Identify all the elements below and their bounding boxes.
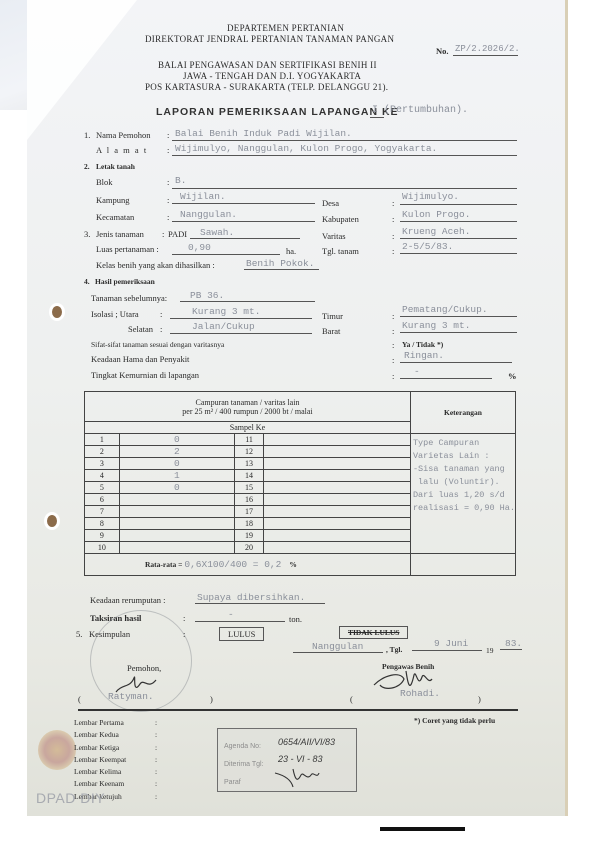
distribution-item: Lembar Keempat [74, 754, 126, 766]
plant-date-value: 2-5/5/83. [402, 241, 453, 252]
section-3-number: 3. [84, 229, 90, 239]
doc-number-label: No. [436, 46, 449, 56]
sample-number: 14 [235, 470, 264, 482]
sample-number: 9 [85, 530, 120, 542]
sample-number: 3 [85, 458, 120, 470]
kecamatan-line [172, 221, 315, 222]
ministry-name: DEPARTEMEN PERTANIAN [227, 23, 344, 33]
colon: : [392, 246, 394, 256]
average-unit: % [289, 560, 297, 569]
agenda-label: Agenda No: [224, 743, 261, 750]
sample-value [263, 530, 410, 542]
south-value: Jalan/Cukup [192, 321, 255, 332]
east-line [400, 316, 517, 317]
punch-hole-icon [52, 306, 62, 318]
sample-value: 2 [119, 446, 235, 458]
kabupaten-label: Kabupaten [322, 214, 359, 224]
address-label: A l a m a t [96, 145, 148, 155]
pest-label: Keadaan Hama dan Penyakit [91, 354, 189, 364]
year-value: 83. [505, 638, 522, 649]
section-4-number: 4. [84, 277, 90, 286]
kampung-label: Kampung [96, 195, 130, 205]
received-label: Diterima Tgl: [224, 761, 264, 768]
crop-prefix: PADI [168, 229, 187, 239]
footer-bar [380, 827, 465, 831]
sample-table: Campuran tanaman / varitas lain per 25 m… [84, 391, 516, 576]
sample-number: 17 [235, 506, 264, 518]
address-value: Wijimulyo, Nanggulan, Kulon Progo, Yogya… [175, 143, 437, 154]
paraf-label: Paraf [224, 779, 241, 786]
sample-number: 6 [85, 494, 120, 506]
sample-value [119, 530, 235, 542]
blok-label: Blok [96, 177, 113, 187]
applicant-value: Balai Benih Induk Padi Wijilan. [175, 128, 352, 139]
colon: : [392, 371, 394, 381]
crop-type-line [190, 238, 300, 239]
colon: : [162, 229, 164, 239]
sample-value [263, 482, 410, 494]
agenda-value: 0654/AII/VI/83 [278, 737, 335, 747]
purity-label: Tingkat Kemurnian di lapangan [91, 370, 199, 380]
remarks-line: lalu (Voluntir). [413, 476, 515, 489]
sample-number: 2 [85, 446, 120, 458]
sample-number: 19 [235, 530, 264, 542]
variety-line [400, 238, 517, 239]
table-header: Campuran tanaman / varitas lain per 25 m… [85, 392, 411, 422]
sample-value [263, 458, 410, 470]
colon: : [167, 195, 169, 205]
applicant-name: Ratyman. [108, 691, 154, 702]
average-row: Rata-rata = 0,6X100/400 = 0,2 % [85, 554, 516, 576]
east-value: Pematang/Cukup. [402, 304, 488, 315]
inspection-number: I (Pertumbuhan). [372, 105, 468, 116]
isolation-label: Isolasi ; Utara [91, 309, 139, 319]
west-value: Kurang 3 mt. [402, 320, 470, 331]
west-line [400, 332, 517, 333]
pass-box[interactable]: LULUS [219, 627, 264, 641]
kabupaten-value: Kulon Progo. [402, 209, 470, 220]
average-label: Rata-rata = [145, 560, 182, 569]
purity-unit: % [508, 371, 517, 381]
area-value: 0,90 [188, 242, 211, 253]
results-title: Hasil pemeriksaan [95, 277, 155, 286]
area-unit: ha. [286, 246, 296, 256]
south-label: Selatan [128, 324, 153, 334]
inspector-bracket-open: ( [350, 694, 353, 704]
emblem-icon [38, 730, 76, 770]
seed-class-label: Kelas benih yang akan dihasilkan : [96, 260, 215, 270]
year-line [500, 649, 522, 650]
prev-crop-line [180, 301, 315, 302]
year-prefix: 19 [486, 646, 494, 655]
purity-line [400, 378, 492, 379]
plant-date-label: Tgl. tanam [322, 246, 359, 256]
inspector-bracket-close: ) [478, 694, 481, 704]
footnote: *) Coret yang tidak perlu [414, 716, 495, 725]
sample-value [119, 518, 235, 530]
distribution-item: Lembar Ketiga [74, 742, 126, 754]
kabupaten-line [400, 221, 517, 222]
colon: : [183, 613, 185, 623]
kampung-line [172, 203, 315, 204]
distribution-item: Lembar Keenam [74, 778, 126, 790]
seed-class-line [244, 269, 319, 270]
prev-crop-value: PB 36. [190, 290, 224, 301]
remarks-line: Dari luas 1,20 s/d [413, 489, 515, 502]
west-label: Barat [322, 326, 340, 336]
pest-value: Ringan. [404, 350, 444, 361]
office-line-1: BALAI PENGAWASAN DAN SERTIFIKASI BENIH I… [158, 60, 377, 70]
sign-place: Nanggulan [312, 641, 363, 652]
yield-value: - [228, 609, 234, 620]
table-header-line-2: per 25 m² / 400 rumpun / 2000 bt / malai [85, 407, 410, 416]
traits-value: Ya / Tidak *) [402, 340, 443, 349]
table-row: 1 0 11 Type Campuran Varietas Lain : -Si… [85, 434, 516, 446]
applicant-label: Nama Pemohon [96, 130, 151, 140]
average-value: 0,6X100/400 = 0,2 [184, 559, 281, 570]
sample-number: 1 [85, 434, 120, 446]
sample-value [263, 446, 410, 458]
desa-value: Wijimulyo. [402, 191, 459, 202]
remarks-line: Type Campuran [413, 437, 515, 450]
colon: : [167, 177, 169, 187]
prev-crop-label: Tanaman sebelumnya: [91, 293, 167, 303]
colon: : [392, 311, 394, 321]
east-label: Timur [322, 311, 343, 321]
sample-value [119, 506, 235, 518]
sample-number: 12 [235, 446, 264, 458]
plant-date-line [400, 253, 517, 254]
sample-number: 16 [235, 494, 264, 506]
sample-value: 0 [119, 458, 235, 470]
doc-number-value: ZP/2.2026/2. [455, 44, 520, 54]
sample-number: 8 [85, 518, 120, 530]
remarks-line: realisasi = 0,90 Ha. [413, 502, 515, 515]
land-location-title: Letak tanah [96, 162, 135, 171]
weeds-label: Keadaan rerumputan : [90, 595, 166, 605]
sample-value [119, 494, 235, 506]
inspector-name: Rohadi. [400, 688, 440, 699]
remarks-cell: Type Campuran Varietas Lain : -Sisa tana… [410, 434, 515, 554]
watermark: DPAD DIY [36, 790, 105, 806]
sign-date-label: , Tgl. [386, 645, 402, 654]
kampung-value: Wijilan. [180, 191, 226, 202]
variety-value: Krueng Aceh. [402, 226, 470, 237]
sample-value [263, 494, 410, 506]
north-value: Kurang 3 mt. [192, 306, 260, 317]
crop-type-value: Sawah. [200, 227, 234, 238]
divider [78, 709, 518, 711]
sign-date-line [412, 650, 482, 651]
sample-value [263, 470, 410, 482]
sample-value [119, 542, 235, 554]
report-title: LAPORAN PEMERIKSAAN LAPANGAN KE [156, 106, 399, 118]
section-2-number: 2. [84, 162, 90, 171]
remarks-header: Keterangan [410, 392, 515, 434]
sample-value: 0 [119, 482, 235, 494]
pest-line [400, 362, 512, 363]
blok-line [172, 188, 517, 189]
area-label: Luas pertanaman : [96, 244, 159, 254]
sample-number: 18 [235, 518, 264, 530]
remarks-bottom-cell [410, 554, 515, 576]
agenda-stamp: Agenda No: 0654/AII/VI/83 Diterima Tgl: … [217, 728, 357, 792]
remarks-line: Varietas Lain : [413, 450, 515, 463]
desa-line [400, 204, 517, 205]
south-line [170, 333, 312, 334]
sample-value [263, 542, 410, 554]
crop-type-label: Jenis tanaman [96, 229, 144, 239]
office-line-3: POS KARTASURA - SURAKARTA (TELP. DELANGG… [145, 82, 388, 92]
purity-value: - [414, 366, 420, 377]
colon: : [392, 326, 394, 336]
address-line [172, 155, 517, 156]
office-line-2: JAWA - TENGAH DAN D.I. YOGYAKARTA [183, 71, 361, 81]
area-line [172, 254, 280, 255]
sign-place-line [293, 652, 383, 653]
sample-value [263, 434, 410, 446]
sample-number: 13 [235, 458, 264, 470]
colon: : [167, 145, 169, 155]
blok-value: B. [175, 175, 186, 186]
fail-box[interactable]: TIDAK LULUS [339, 626, 408, 639]
colon: : [167, 130, 169, 140]
paraf-signature-icon [273, 765, 323, 789]
colon: : [160, 309, 162, 319]
table-header-line-1: Campuran tanaman / varitas lain [85, 398, 410, 407]
colon: : [392, 340, 394, 350]
sample-number: 4 [85, 470, 120, 482]
weeds-line [195, 603, 325, 604]
weeds-value: Supaya dibersihkan. [197, 592, 305, 603]
sample-number: 7 [85, 506, 120, 518]
sample-number: 20 [235, 542, 264, 554]
yield-line [195, 621, 285, 622]
colon: : [160, 324, 162, 334]
sample-subheader: Sampel Ke [85, 422, 411, 434]
inspection-number-line [370, 117, 384, 118]
desa-label: Desa [322, 198, 339, 208]
colon: : [392, 214, 394, 224]
applicant-line [172, 140, 517, 141]
north-line [170, 318, 312, 319]
distribution-item: Lembar Kedua [74, 729, 126, 741]
section-1-number: 1. [84, 130, 90, 140]
traits-label: Sifat-sifat tanaman sesuai dengan varita… [91, 340, 224, 349]
variety-label: Varitas [322, 231, 346, 241]
average-cell: Rata-rata = 0,6X100/400 = 0,2 % [85, 554, 411, 576]
kecamatan-value: Nanggulan. [180, 209, 237, 220]
colon: : [392, 231, 394, 241]
punch-hole-icon [47, 515, 57, 527]
sample-value: 0 [119, 434, 235, 446]
sample-value: 1 [119, 470, 235, 482]
received-value: 23 - VI - 83 [278, 754, 323, 764]
seed-class-value: Benih Pokok. [246, 258, 314, 269]
sign-date-value: 9 Juni [434, 638, 468, 649]
sample-number: 10 [85, 542, 120, 554]
distribution-colons: ::::::: [155, 717, 157, 803]
colon: : [167, 212, 169, 222]
section-5-number: 5. [76, 629, 82, 639]
sample-value [263, 518, 410, 530]
folded-corner [27, 0, 137, 140]
sample-number: 5 [85, 482, 120, 494]
kecamatan-label: Kecamatan [96, 212, 134, 222]
colon: : [392, 355, 394, 365]
sample-number: 11 [235, 434, 264, 446]
applicant-bracket-open: ( [78, 694, 81, 704]
colon: : [392, 198, 394, 208]
doc-number-line [453, 55, 518, 56]
distribution-item: Lembar Pertama [74, 717, 126, 729]
sample-value [263, 506, 410, 518]
sample-number: 15 [235, 482, 264, 494]
yield-unit: ton. [289, 614, 302, 624]
directorate-name: DIREKTORAT JENDRAL PERTANIAN TANAMAN PAN… [145, 34, 394, 44]
applicant-bracket-close: ) [210, 694, 213, 704]
distribution-item: Lembar Kelima [74, 766, 126, 778]
remarks-line: -Sisa tanaman yang [413, 463, 515, 476]
